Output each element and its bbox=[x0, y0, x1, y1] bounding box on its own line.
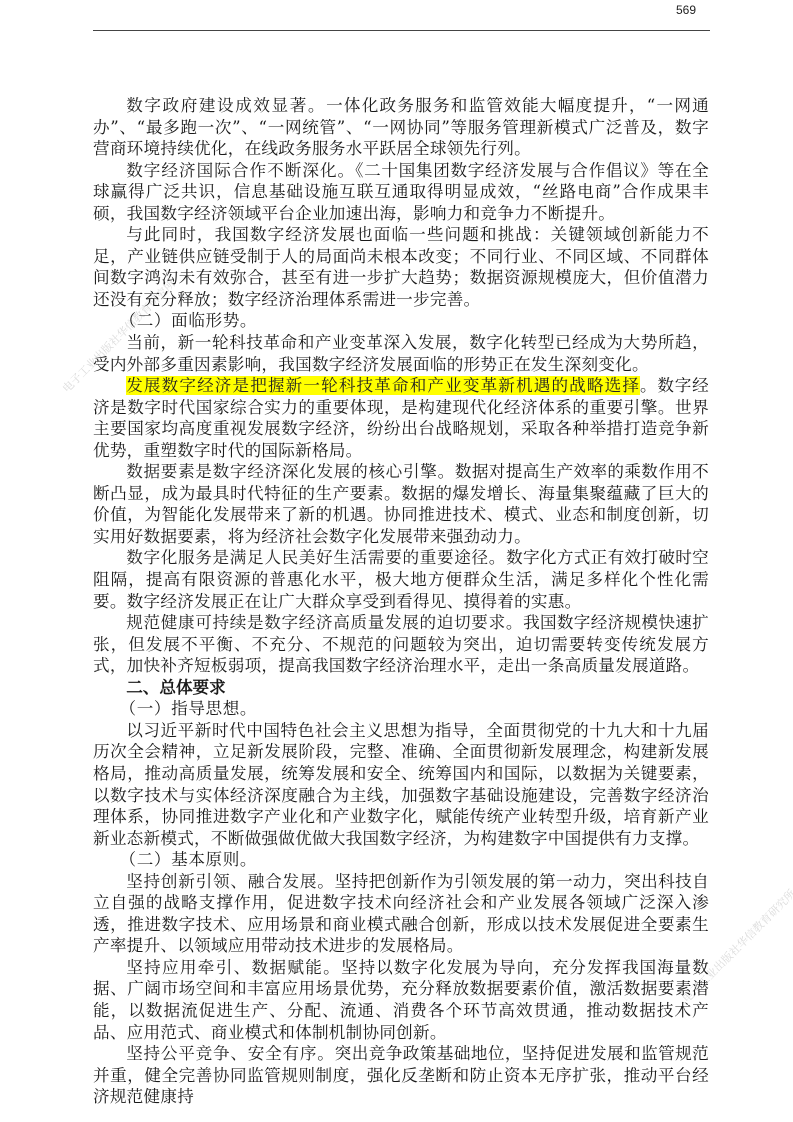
paragraph: 当前，新一轮科技革命和产业变革深入发展，数字化转型已经成为大势所趋，受内外部多重… bbox=[93, 332, 709, 375]
paragraph-lead: 数字化服务是满足人民美好生活需要的重要途径。 bbox=[126, 548, 506, 567]
paragraph-lead: 坚持应用牵引、数据赋能。 bbox=[126, 958, 341, 977]
paragraph: 坚持创新引领、融合发展。坚持把创新作为引领发展的第一动力，突出科技自立自强的战略… bbox=[93, 871, 709, 957]
paragraph: 数字化服务是满足人民美好生活需要的重要途径。数字化方式正有效打破时空阻隔，提高有… bbox=[93, 547, 709, 612]
highlighted-text: 发展数字经济是把握新一轮科技革命和产业变革新机遇的战略选择 bbox=[126, 376, 640, 395]
paragraph: 数字政府建设成效显著。一体化政务服务和监管效能大幅度提升，“一网通办”、“最多跑… bbox=[93, 95, 709, 160]
paragraph-text: 当前，新一轮科技革命和产业变革深入发展，数字化转型已经成为大势所趋，受内外部多重… bbox=[93, 333, 709, 374]
section-heading: （二）基本原则。 bbox=[93, 849, 709, 871]
section-heading: （一）指导思想。 bbox=[93, 698, 709, 720]
paragraph: 数字经济国际合作不断深化。《二十国集团数字经济发展与合作倡议》等在全球赢得广泛共… bbox=[93, 160, 709, 225]
paragraph-lead: 数据要素是数字经济深化发展的核心引擎。 bbox=[126, 462, 455, 481]
chapter-heading: 二、总体要求 bbox=[93, 677, 709, 699]
paragraph: 规范健康可持续是数字经济高质量发展的迫切要求。我国数字经济规模快速扩张，但发展不… bbox=[93, 612, 709, 677]
paragraph: 以习近平新时代中国特色社会主义思想为指导，全面贯彻党的十九大和十九届历次全会精神… bbox=[93, 720, 709, 849]
paragraph: 坚持应用牵引、数据赋能。坚持以数字化发展为导向，充分发挥我国海量数据、广阔市场空… bbox=[93, 957, 709, 1043]
page-number: 569 bbox=[676, 3, 696, 17]
paragraph: 与此同时，我国数字经济发展也面临一些问题和挑战：关键领域创新能力不足，产业链供应… bbox=[93, 224, 709, 310]
paragraph-lead: 坚持公平竞争、安全有序。 bbox=[126, 1044, 334, 1063]
paragraph-text: 以习近平新时代中国特色社会主义思想为指导，全面贯彻党的十九大和十九届历次全会精神… bbox=[93, 721, 709, 848]
paragraph-text: 与此同时，我国数字经济发展也面临一些问题和挑战：关键领域创新能力不足，产业链供应… bbox=[93, 225, 709, 309]
paragraph: 坚持公平竞争、安全有序。突出竞争政策基础地位，坚持促进发展和监管规范并重，健全完… bbox=[93, 1043, 709, 1108]
paragraph-lead: 数字经济国际合作不断深化。 bbox=[126, 161, 355, 180]
header-rule bbox=[93, 30, 710, 31]
paragraph: 数据要素是数字经济深化发展的核心引擎。数据对提高生产效率的乘数作用不断凸显，成为… bbox=[93, 461, 709, 547]
paragraph: 发展数字经济是把握新一轮科技革命和产业变革新机遇的战略选择。数字经济是数字时代国… bbox=[93, 375, 709, 461]
paragraph-lead: 规范健康可持续是数字经济高质量发展的迫切要求。 bbox=[126, 613, 523, 632]
document-body: 数字政府建设成效显著。一体化政务服务和监管效能大幅度提升，“一网通办”、“最多跑… bbox=[93, 95, 709, 1108]
paragraph-lead: 数字政府建设成效显著。 bbox=[126, 96, 326, 115]
section-heading: （二）面临形势。 bbox=[93, 310, 709, 332]
paragraph-lead: 坚持创新引领、融合发展。 bbox=[126, 872, 334, 891]
